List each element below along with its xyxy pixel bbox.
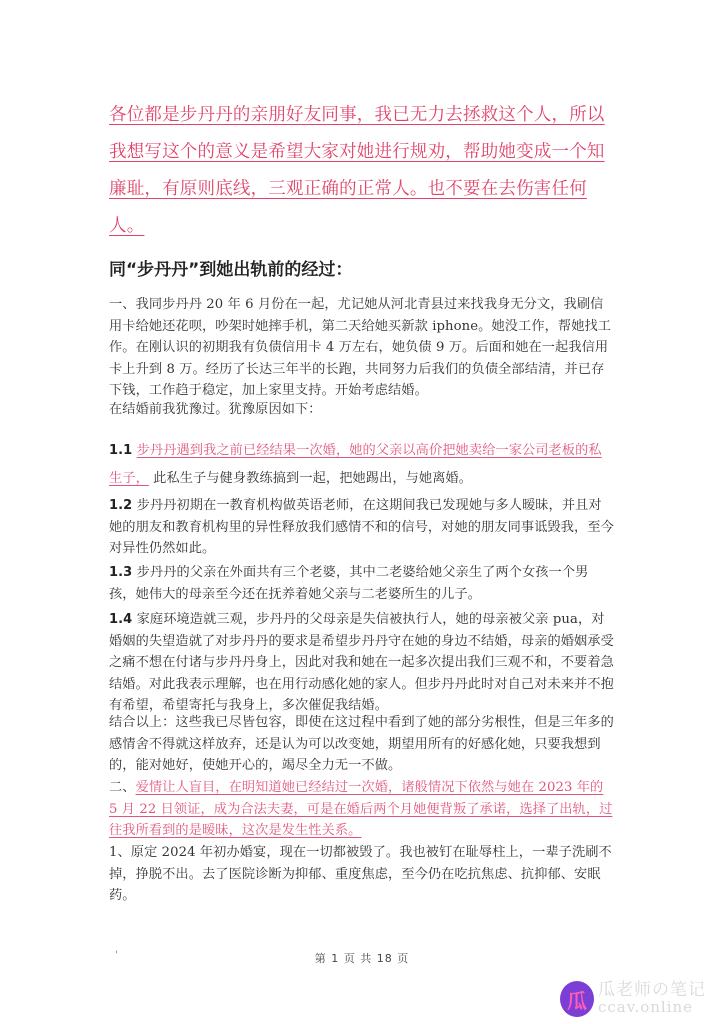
item-text: 家庭环境造就三观，步丹丹的父母亲是失信被执行人，她的母亲被父亲 pua，对婚姻的… — [109, 612, 614, 713]
item-number: 1.2 — [109, 498, 132, 513]
item-1-3: 1.3 步丹丹的父亲在外面共有三个老婆，其中二老婆给她父亲生了两个女孩一个男孩，… — [109, 562, 614, 605]
item-text: 此私生子与健身教练搞到一起，把她踢出，与她离婚。 — [149, 471, 472, 486]
item-number: 1.4 — [109, 612, 132, 627]
document-page: 各位都是步丹丹的亲朋好友同事，我已无力去拯救这个人，所以我想写这个的意义是希望大… — [0, 0, 724, 1024]
item-1-2: 1.2 步丹丹初期在一教育机构做英语老师，在这期间我已发现她与多人暧昧，并且对她… — [109, 495, 614, 560]
section-heading: 同“步丹丹”到她出轨前的经过： — [109, 257, 614, 283]
intro-text: 各位都是步丹丹的亲朋好友同事，我已无力去拯救这个人，所以我想写这个的意义是希望大… — [109, 105, 605, 236]
item-number: 1.3 — [109, 565, 132, 580]
section-highlight-text: 爱情让人盲目，在明知道她已经结过一次婚，诸般情况下依然与她在 2023 年的 5… — [109, 780, 612, 838]
item-text: 步丹丹初期在一教育机构做英语老师，在这期间我已发现她与多人暧昧，并且对她的朋友和… — [109, 498, 614, 556]
point-one-paragraph: 1、原定 2024 年初办婚宴，现在一切都被毁了。我也被钉在耻辱柱上，一辈子洗刷… — [109, 842, 614, 907]
summary-paragraph: 结合以上：这些我已尽皆包容，即使在这过程中看到了她的部分劣根性，但是三年多的感情… — [109, 712, 614, 777]
page-number: 第 1 页 共 18 页 — [0, 950, 724, 966]
item-1-4: 1.4 家庭环境造就三观，步丹丹的父母亲是失信被执行人，她的母亲被父亲 pua，… — [109, 609, 614, 717]
section-two-paragraph: 二、爱情让人盲目，在明知道她已经结过一次婚，诸般情况下依然与她在 2023 年的… — [109, 777, 614, 842]
watermark-text: 瓜老师の笔记 ccav.online — [598, 982, 706, 1016]
paragraph-hesitation: 在结婚前我犹豫过。犹豫原因如下： — [109, 399, 614, 421]
watermark-logo-icon: 瓜 — [560, 981, 594, 1017]
item-1-1: 1.1 步丹丹遇到我之前已经结果一次婚，她的父亲以高价把她卖给一家公司老板的私生… — [109, 437, 614, 493]
intro-highlight-paragraph: 各位都是步丹丹的亲朋好友同事，我已无力去拯救这个人，所以我想写这个的意义是希望大… — [109, 97, 614, 245]
watermark-line2: ccav.online — [598, 999, 706, 1016]
section-prefix: 二、 — [109, 780, 136, 795]
item-number: 1.1 — [109, 443, 132, 458]
paragraph-one: 一、我同步丹丹 20 年 6 月份在一起，尤记她从河北青县过来找我身无分文，我刷… — [109, 294, 614, 402]
watermark: 瓜 瓜老师の笔记 ccav.online — [560, 976, 724, 1022]
watermark-line1: 瓜老师の笔记 — [598, 982, 706, 999]
item-text: 步丹丹的父亲在外面共有三个老婆，其中二老婆给她父亲生了两个女孩一个男孩，她伟大的… — [109, 565, 588, 602]
